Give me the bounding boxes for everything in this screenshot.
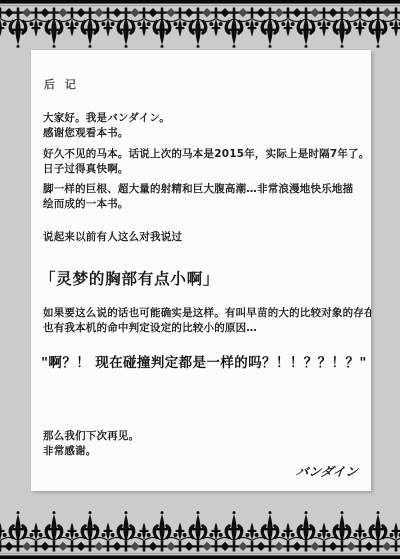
text-line: 脚一样的巨根、超大量的射精和巨大腹高潮…非常浪漫地快乐地描 <box>43 182 353 197</box>
lace-border-top-fleur-de-lis-icon <box>0 0 400 53</box>
reason-paragraph: 如果要这么说的话也可能确实是这样。有叫早苗的大的比较对象的存在， 也有我本机的命… <box>43 306 371 336</box>
text-line: 非常感谢。 <box>43 444 139 459</box>
lace-border-bottom-fleur-de-lis-icon <box>0 506 400 559</box>
afterword-paper: 后 记 大家好。我是バンダイン。 感谢您观看本书。 好久不见的马本。话说上次的马… <box>31 50 371 491</box>
text-line: 如果要这么说的话也可能确实是这样。有叫早苗的大的比较对象的存在， <box>43 306 371 321</box>
text-line: 大家好。我是バンダイン。 <box>43 111 170 126</box>
quoted-remark: 「灵梦的胸部有点小啊」 <box>40 267 219 289</box>
afterword-heading: 后 记 <box>44 76 79 92</box>
text-line: 绘而成的一本书。 <box>43 197 353 212</box>
lead-in-line: 说起来以前有人这么对我说过 <box>43 230 182 245</box>
closing-paragraph: 那么我们下次再见。 非常感谢。 <box>43 429 139 459</box>
author-signature: バンダイン <box>295 462 359 480</box>
text-line: 好久不见的马本。话说上次的马本是2015年，实际上是时隔7年了。 <box>43 147 369 162</box>
book-description-paragraph: 脚一样的巨根、超大量的射精和巨大腹高潮…非常浪漫地快乐地描 绘而成的一本书。 <box>43 182 353 212</box>
intro-paragraph: 大家好。我是バンダイン。 感谢您观看本书。 <box>43 111 170 141</box>
text-line: 也有我本机的命中判定设定的比较小的原因… <box>43 321 371 336</box>
text-line: 那么我们下次再见。 <box>43 429 139 444</box>
text-line: 感谢您观看本书。 <box>43 126 170 141</box>
scanned-afterword-page: 后 记 大家好。我是バンダイン。 感谢您观看本书。 好久不见的马本。话说上次的马… <box>0 0 400 559</box>
text-line: 说起来以前有人这么对我说过 <box>43 230 182 245</box>
long-time-paragraph: 好久不见的马本。话说上次的马本是2015年，实际上是时隔7年了。 日子过得真快啊… <box>43 147 369 177</box>
text-line: 日子过得真快啊。 <box>43 162 369 177</box>
exclamation-line: "啊？！ 现在碰撞判定都是一样的吗？！！？？！？" <box>41 351 367 371</box>
